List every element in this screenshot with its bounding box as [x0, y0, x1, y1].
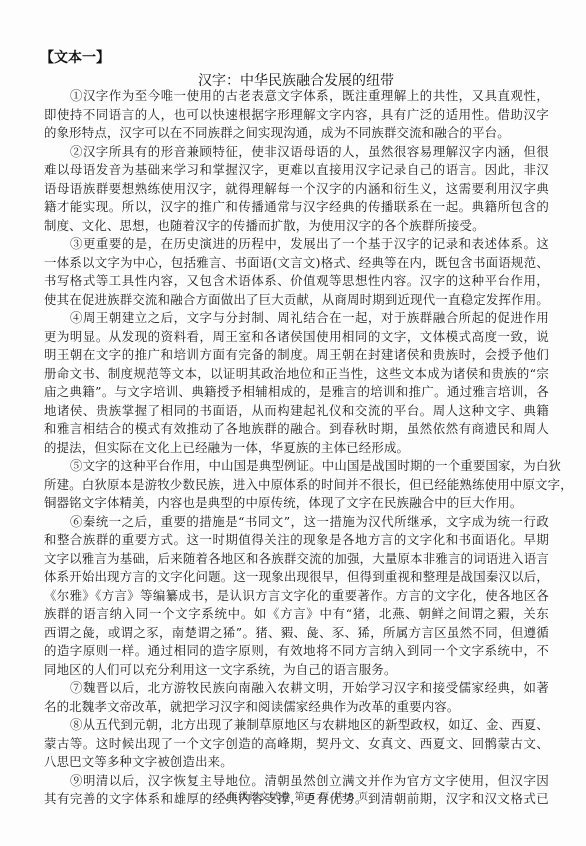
text-line: ②汉字所具有的形音兼顾特征，使非汉语母语的人，虽然很容易理解汉字内涵，但很 — [44, 143, 549, 162]
text-line: 文字以雅言为基础，后来随着各地区和各族群交流的加强，大量原本非雅言的词语进入语言 — [44, 550, 549, 569]
text-line: 庙之典籍”。与文字培训、典籍授予相辅相成的，是雅言的培训和推广。通过雅言培训，各 — [44, 383, 549, 402]
text-line: 和整合族群的重要方式。这一时期值得关注的现象是各地方言的文字化和书面语化。早期 — [44, 531, 549, 550]
page-footer: 八年级语文试卷 第 5 页 共 8 页 — [0, 788, 586, 803]
text-line: 语母语族群要想熟练使用汉字，就得理解每一个汉字的内涵和衍生义，这需要利用汉字典 — [44, 180, 549, 199]
text-line: 籍才能实现。所以，汉字的推广和传播通常与汉字经典的传播联系在一起。典籍所包含的 — [44, 198, 549, 217]
text-line: ⑧从五代到元朝，北方出现了兼制草原地区与农耕地区的新型政权，如辽、金、西夏、 — [44, 716, 549, 735]
text-line: 八思巴文等多种文字被创造出来。 — [44, 753, 549, 772]
text-line: 即使持不同语言的人，也可以快速根据字形理解文字内容，具有广泛的适用性。借助汉字 — [44, 106, 549, 125]
text-line: ⑦魏晋以后，北方游牧民族向南融入农耕文明，开始学习汉字和接受儒家经典，如著 — [44, 679, 549, 698]
text-line: 和雅言相结合的模式有效推动了各地族群的融合。到春秋时期，虽然依然有商遗民和周人 — [44, 420, 549, 439]
text-line: 体系开始出现方言的文字化问题。这一现象出现很早，但得到重视和整理是战国秦汉以后， — [44, 568, 549, 587]
text-line: 制度、文化、思想，也随着汉字的传播而扩散，为使用汉字的各个族群所接受。 — [44, 217, 549, 236]
article-body: ①汉字作为至今唯一使用的古老表意文字体系，既注重理解上的共性，又具直观性，即使持… — [44, 87, 549, 809]
text-line: ③更重要的是，在历史演进的历程中，发展出了一个基于汉字的记录和表述体系。这 — [44, 235, 549, 254]
text-line: 一体系以文字为中心，包括雅言、书面语(文言文)格式、经典等在内，既包含书面语规范… — [44, 254, 549, 273]
text-line: 同地区的人们可以充分利用这一文字系统，为自己的语言服务。 — [44, 661, 549, 680]
exam-page: 【文本一】 汉字：中华民族融合发展的纽带 ①汉字作为至今唯一使用的古老表意文字体… — [0, 0, 586, 846]
text-line: 难以母语发音为基础来学习和掌握汉字，更难以直接用汉字记录自己的语言。因此，非汉 — [44, 161, 549, 180]
text-line: 明王朝在文字的推广和培训方面有完备的制度。周王朝在封建诸侯和贵族时，会授予他们 — [44, 346, 549, 365]
text-line: 的提法，但实际在文化上已经融为一体，华夏族的主体已经形成。 — [44, 439, 549, 458]
text-line: 书写格式等工具性内容，又包含术语体系、价值观等思想性内容。汉字的这种平台作用， — [44, 272, 549, 291]
text-line: 的象形特点，汉字可以在不同族群之间实现沟通，成为不同族群交流和融合的平台。 — [44, 124, 549, 143]
text-line: 西谓之彘，或谓之豕，南楚谓之狶”。猪、豭、彘、豕、狶，所属方言区虽然不同，但遵循 — [44, 624, 549, 643]
text-line: 蒙古等。这时候出现了一个文字创造的高峰期，契丹文、女真文、西夏文、回鹘蒙古文、 — [44, 735, 549, 754]
section-label: 【文本一】 — [40, 47, 110, 67]
text-line: 名的北魏孝文帝改革，就把学习汉字和阅读儒家经典作为改革的重要内容。 — [44, 698, 549, 717]
text-line: 《尔雅》《方言》等编纂成书，是认识方言文字化的重要著作。方言的文字化，使各地区各 — [44, 587, 549, 606]
text-line: 更为明显。从发现的资料看，周王室和各诸侯国使用相同的文字，文体模式高度一致，说 — [44, 328, 549, 347]
text-line: ⑥秦统一之后，重要的措施是“书同文”，这一措施为汉代所继承，文字成为统一行政 — [44, 513, 549, 532]
text-line: 使其在促进族群交流和融合方面做出了巨大贡献，从商周时期到近现代一直稳定发挥作用。 — [44, 291, 549, 310]
text-line: 册命文书、制度规范等文本，以证明其政治地位和正当性，这些文本成为诸侯和贵族的“宗 — [44, 365, 549, 384]
text-line: 铜器铭文字体精美，内容也是典型的中原传统，体现了文字在民族融合中的巨大作用。 — [44, 494, 549, 513]
text-line: ①汉字作为至今唯一使用的古老表意文字体系，既注重理解上的共性，又具直观性， — [44, 87, 549, 106]
text-line: 的造字原则一样。通过相同的造字原则，有效地将不同方言纳入到同一个文字系统中，不 — [44, 642, 549, 661]
text-line: ④周王朝建立之后，文字与分封制、周礼结合在一起，对于族群融合所起的促进作用 — [44, 309, 549, 328]
text-line: 地诸侯、贵族掌握了相同的书面语，从而构建起礼仪和交流的平台。周人这种文字、典籍 — [44, 402, 549, 421]
text-line: 所建。白狄原本是游牧少数民族，进入中原体系的时间并不很长，但已经能熟练使用中原文… — [44, 476, 549, 495]
text-line: ⑤文字的这种平台作用，中山国是典型例证。中山国是战国时期的一个重要国家，为白狄 — [44, 457, 549, 476]
text-line: 族群的语言纳入同一个文字系统中。如《方言》中有“猪，北燕、朝鲜之间谓之豭，关东 — [44, 605, 549, 624]
